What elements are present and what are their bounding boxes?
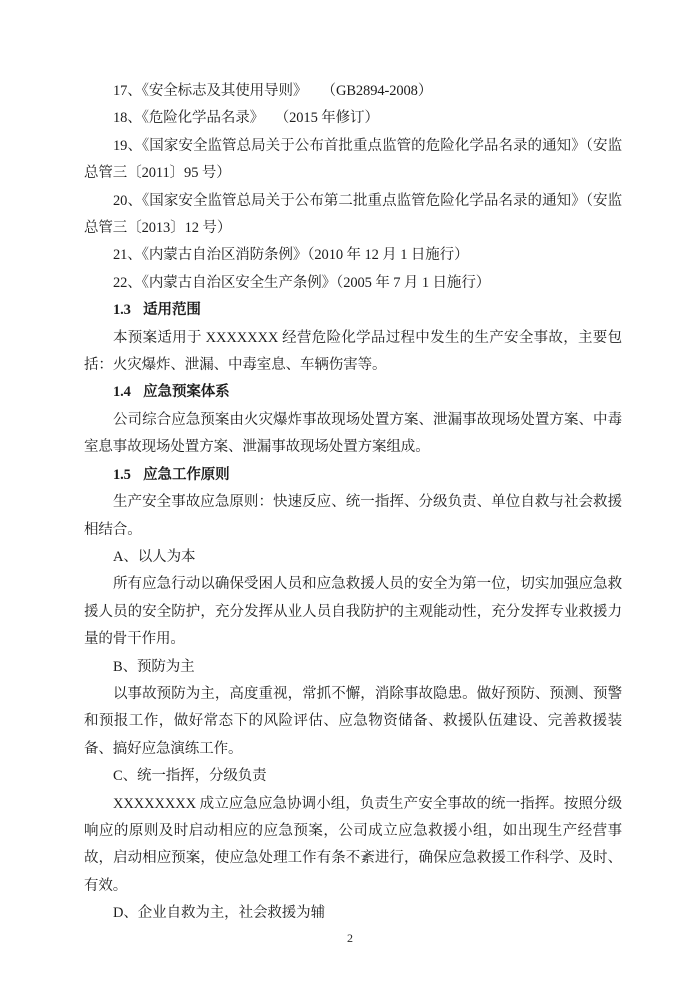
principle-a-title: A、以人为本: [84, 544, 622, 571]
principle-c-body: XXXXXXXX 成立应急应急协调小组，负责生产安全事故的统一指挥。按照分级响应…: [84, 791, 622, 901]
section-number: 1.5: [113, 467, 131, 483]
page-number: 2: [0, 931, 700, 946]
reference-item-17: 17、《安全标志及其使用导则》 （GB2894-2008）: [84, 78, 622, 105]
reference-item-21: 21、《内蒙古自治区消防条例》（2010 年 12 月 1 日施行）: [84, 242, 622, 269]
section-heading-1-4: 1.4应急预案体系: [84, 379, 622, 406]
section-title: 应急工作原则: [143, 467, 229, 483]
paragraph-scope: 本预案适用于 XXXXXXX 经营危险化学品过程中发生的生产安全事故，主要包括：…: [84, 325, 622, 380]
section-heading-1-5: 1.5应急工作原则: [84, 462, 622, 489]
reference-item-18: 18、《危险化学品名录》 （2015 年修订）: [84, 105, 622, 132]
page-body: 17、《安全标志及其使用导则》 （GB2894-2008） 18、《危险化学品名…: [84, 78, 622, 928]
section-number: 1.3: [113, 302, 131, 318]
reference-item-20: 20、《国家安全监管总局关于公布第二批重点监管危险化学品名录的通知》（安监总管三…: [84, 188, 622, 243]
document-page: 17、《安全标志及其使用导则》 （GB2894-2008） 18、《危险化学品名…: [0, 0, 700, 990]
section-number: 1.4: [113, 384, 131, 400]
principle-d-title: D、企业自救为主，社会救援为辅: [84, 900, 622, 927]
reference-item-22: 22、《内蒙古自治区安全生产条例》（2005 年 7 月 1 日施行）: [84, 270, 622, 297]
reference-item-19: 19、《国家安全监管总局关于公布首批重点监管的危险化学品名录的通知》（安监总管三…: [84, 133, 622, 188]
section-title: 应急预案体系: [143, 384, 229, 400]
section-title: 适用范围: [143, 302, 201, 318]
section-heading-1-3: 1.3适用范围: [84, 297, 622, 324]
principle-c-title: C、统一指挥，分级负责: [84, 763, 622, 790]
paragraph-principles-intro: 生产安全事故应急原则：快速反应、统一指挥、分级负责、单位自救与社会救援相结合。: [84, 489, 622, 544]
principle-b-body: 以事故预防为主，高度重视，常抓不懈，消除事故隐患。做好预防、预测、预警和预报工作…: [84, 681, 622, 763]
principle-b-title: B、预防为主: [84, 654, 622, 681]
principle-a-body: 所有应急行动以确保受困人员和应急救援人员的安全为第一位，切实加强应急救援人员的安…: [84, 571, 622, 653]
paragraph-plan-system: 公司综合应急预案由火灾爆炸事故现场处置方案、泄漏事故现场处置方案、中毒室息事故现…: [84, 407, 622, 462]
